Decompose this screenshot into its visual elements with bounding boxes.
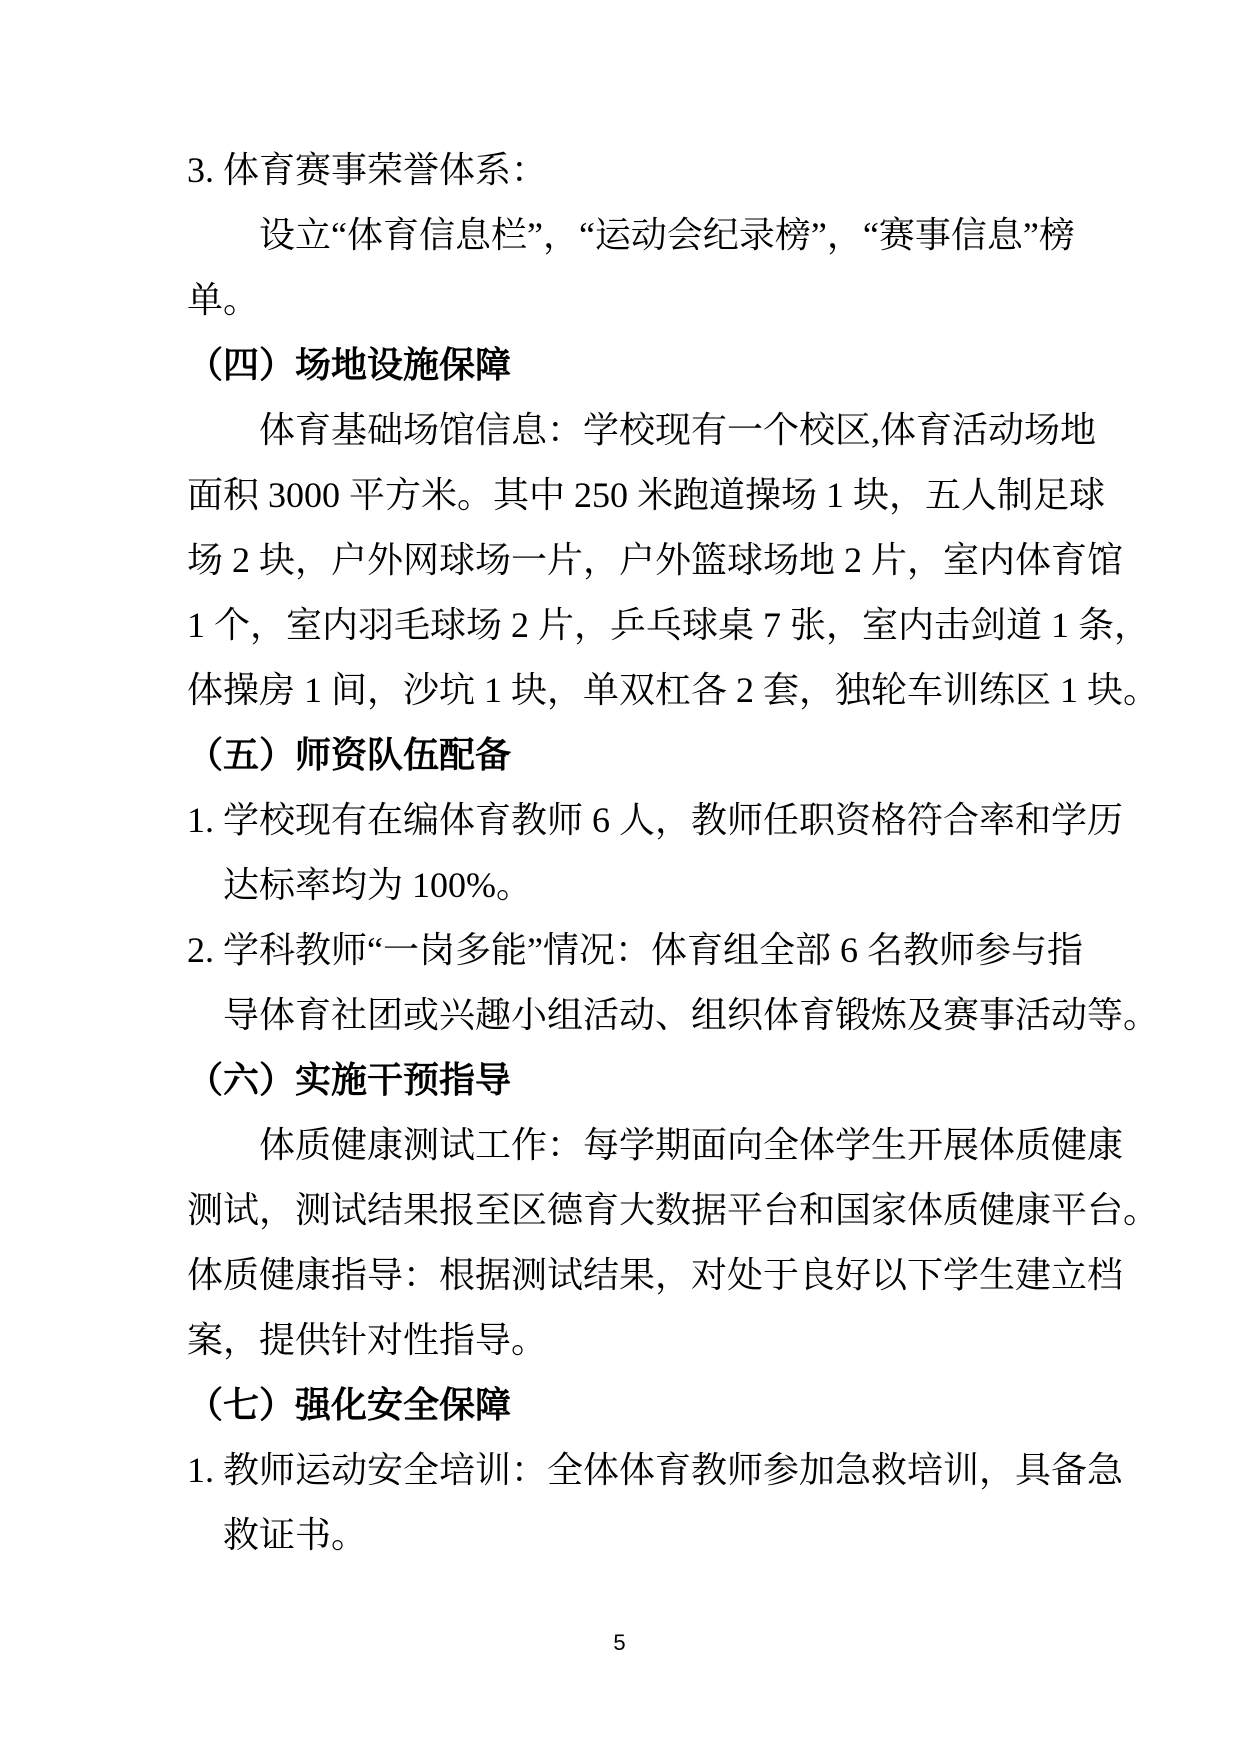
heading-section-4-venues: （四）场地设施保障 <box>187 333 1087 398</box>
heading-section-5-staff: （五）师资队伍配备 <box>187 723 1087 788</box>
document-body: 3. 体育赛事荣誉体系： 设立“体育信息栏”，“运动会纪录榜”，“赛事信息”榜 … <box>187 138 1087 1568</box>
list-item-2-multirole-1: 2. 学科教师“一岗多能”情况：体育组全部 6 名教师参与指 <box>187 918 1087 983</box>
line-fitness-guidance-1: 体质健康指导：根据测试结果，对处于良好以下学生建立档 <box>187 1243 1087 1308</box>
list-item-2-multirole-2: 导体育社团或兴趣小组活动、组织体育锻炼及赛事活动等。 <box>187 983 1087 1048</box>
list-item-1-safety-1: 1. 教师运动安全培训：全体体育教师参加急救培训，具备急 <box>187 1438 1087 1503</box>
heading-section-6-guidance: （六）实施干预指导 <box>187 1048 1087 1113</box>
page-number: 5 <box>0 1630 1239 1656</box>
line-venue-info-4: 1 个，室内羽毛球场 2 片，乒乓球桌 7 张，室内击剑道 1 条， <box>187 593 1087 658</box>
line-fitness-test-1: 体质健康测试工作：每学期面向全体学生开展体质健康 <box>187 1113 1087 1178</box>
line-venue-info-2: 面积 3000 平方米。其中 250 米跑道操场 1 块，五人制足球 <box>187 463 1087 528</box>
list-item-3-honor-system: 3. 体育赛事荣誉体系： <box>187 138 1087 203</box>
line-venue-info-5: 体操房 1 间，沙坑 1 块，单双杠各 2 套，独轮车训练区 1 块。 <box>187 658 1087 723</box>
line-venue-info-1: 体育基础场馆信息：学校现有一个校区,体育活动场地 <box>187 398 1087 463</box>
line-honor-boards-1: 设立“体育信息栏”，“运动会纪录榜”，“赛事信息”榜 <box>187 203 1087 268</box>
line-venue-info-3: 场 2 块，户外网球场一片，户外篮球场地 2 片，室内体育馆 <box>187 528 1087 593</box>
line-honor-boards-2: 单。 <box>187 268 1087 333</box>
heading-section-7-safety: （七）强化安全保障 <box>187 1373 1087 1438</box>
line-fitness-guidance-2: 案，提供针对性指导。 <box>187 1308 1087 1373</box>
list-item-1-teachers-2: 达标率均为 100%。 <box>187 853 1087 918</box>
document-page: 3. 体育赛事荣誉体系： 设立“体育信息栏”，“运动会纪录榜”，“赛事信息”榜 … <box>0 0 1239 1754</box>
line-fitness-test-2: 测试，测试结果报至区德育大数据平台和国家体质健康平台。 <box>187 1178 1087 1243</box>
list-item-1-safety-2: 救证书。 <box>187 1503 1087 1568</box>
list-item-1-teachers-1: 1. 学校现有在编体育教师 6 人，教师任职资格符合率和学历 <box>187 788 1087 853</box>
